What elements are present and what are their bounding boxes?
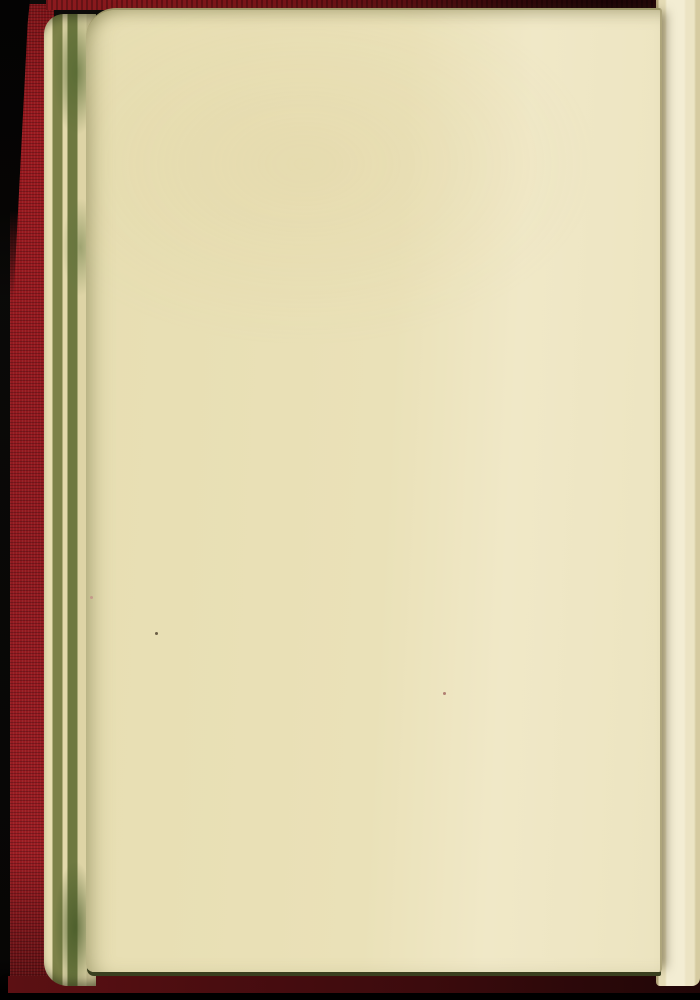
paper-speck	[90, 596, 93, 599]
book-cover-bottom-edge	[8, 976, 700, 993]
paper-speck	[155, 632, 158, 635]
book-page	[86, 8, 662, 972]
page-fore-edge-right	[656, 0, 700, 986]
paper-speck	[443, 692, 446, 695]
book-scan: 26 THE TREASURE OF THE INCAS should indu…	[0, 0, 700, 1000]
